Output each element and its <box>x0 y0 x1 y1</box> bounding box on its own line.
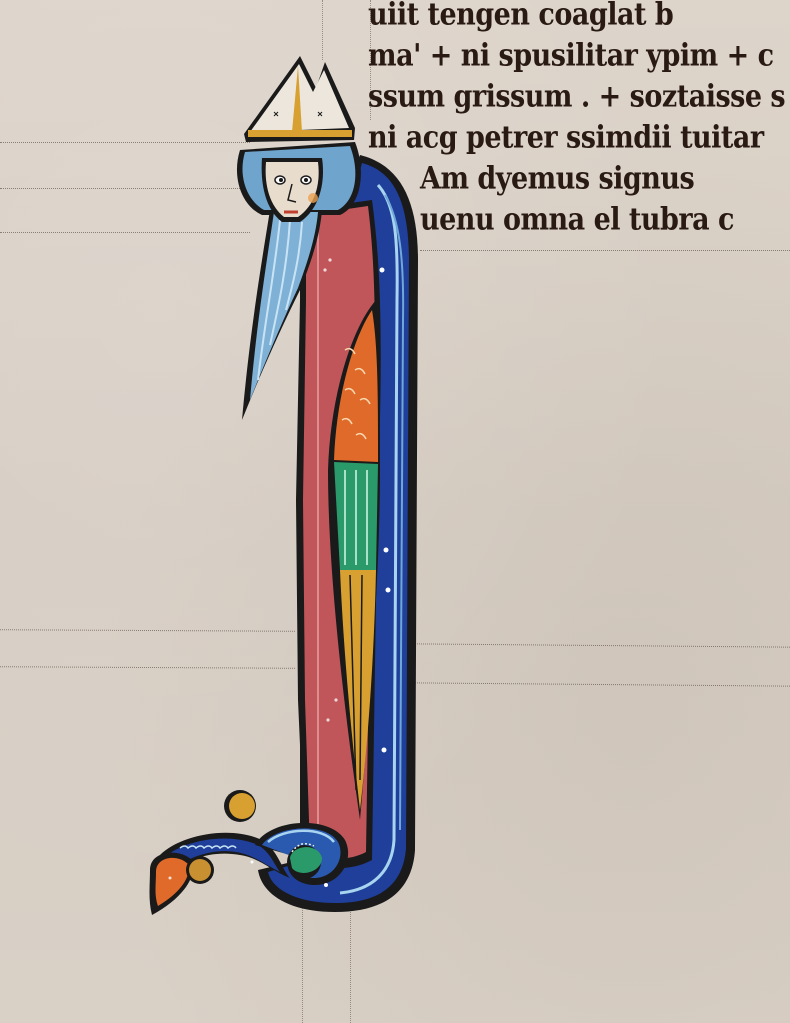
mitre <box>244 56 355 142</box>
illuminated-initial <box>0 0 790 1023</box>
